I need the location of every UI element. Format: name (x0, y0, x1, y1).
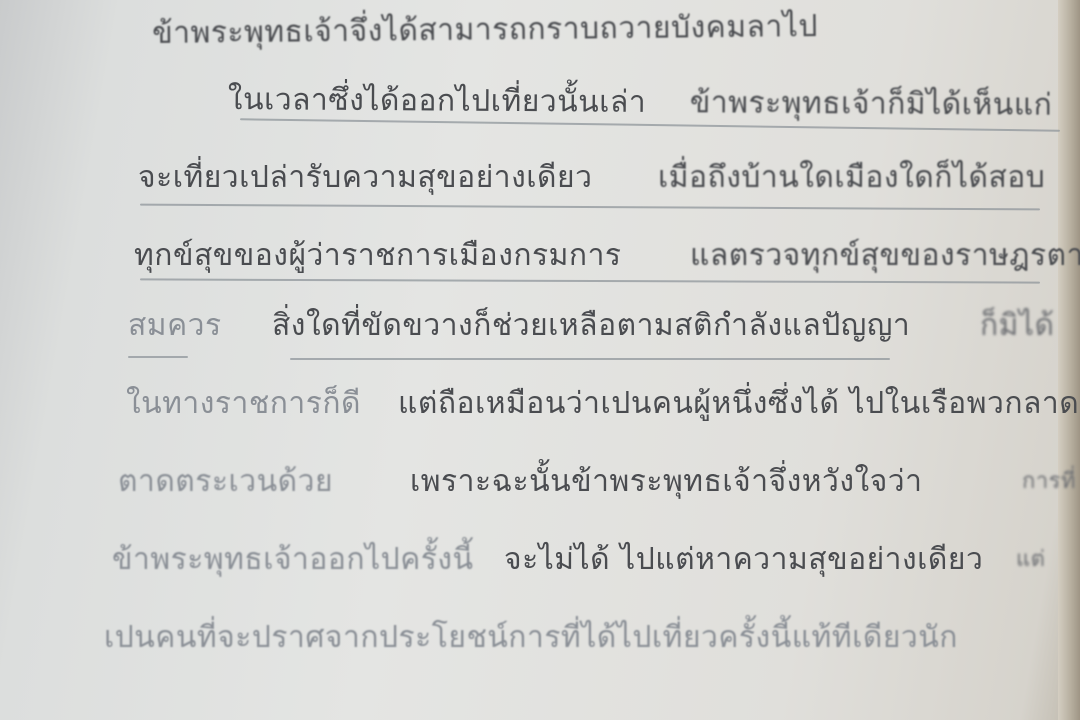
book-spine-edge (1058, 0, 1080, 720)
line-6-text-a: ในทางราชการก็ดี (126, 384, 361, 424)
line-4-text-b: แลตรวจทุกข์สุขของราษฎรตาม (690, 236, 1080, 276)
line-1-text: ข้าพระพุทธเจ้าจึ่งได้สามารถกราบถวายบังคม… (152, 7, 818, 54)
pencil-underline (140, 204, 1040, 211)
line-3-text-a: จะเที่ยวเปล่ารับความสุขอย่างเดียว (138, 158, 592, 198)
line-3-text-b: เมื่อถึงบ้านใดเมืองใดก็ได้สอบ (658, 158, 1045, 198)
line-2-text-b: ข้าพระพุทธเจ้าก็มิได้เห็นแก่ (690, 83, 1053, 126)
line-5-text-a: สมควร (128, 306, 222, 346)
line-6-text-b: แต่ถือเหมือนว่าเปนคนผู้หนึ่งซึ่งได้ ไปใน… (398, 384, 1079, 424)
pencil-underline (290, 358, 890, 360)
line-8-text-c: แต่ (1016, 540, 1045, 580)
line-7-text-b: เพราะฉะนั้นข้าพระพุทธเจ้าจึ่งหวังใจว่า (410, 462, 922, 502)
line-8-text-a: ข้าพระพุทธเจ้าออกไปครั้งนี้ (112, 540, 474, 580)
document-page: ข้าพระพุทธเจ้าจึ่งได้สามารถกราบถวายบังคม… (0, 0, 1080, 720)
line-5-text-b: สิ่งใดที่ขัดขวางก็ช่วยเหลือตามสติกำลังแล… (272, 306, 910, 346)
line-9-text: เปนคนที่จะปราศจากประโยชน์การที่ได้ไปเที่… (104, 618, 958, 658)
line-7-text-a: ตาดตระเวนด้วย (118, 462, 333, 502)
line-4-text-a: ทุกข์สุขของผู้ว่าราชการเมืองกรมการ (134, 236, 622, 276)
line-5-text-c: ก็มิได้ (980, 306, 1055, 346)
line-2-text-a: ในเวลาซึ่งได้ออกไปเที่ยวนั้นเล่า (228, 80, 647, 123)
pencil-underline (140, 278, 1040, 283)
line-7-text-c: การที่ (1022, 462, 1076, 502)
line-8-text-b: จะไม่ได้ ไปแต่หาความสุขอย่างเดียว (504, 540, 983, 580)
pencil-underline (128, 356, 188, 358)
